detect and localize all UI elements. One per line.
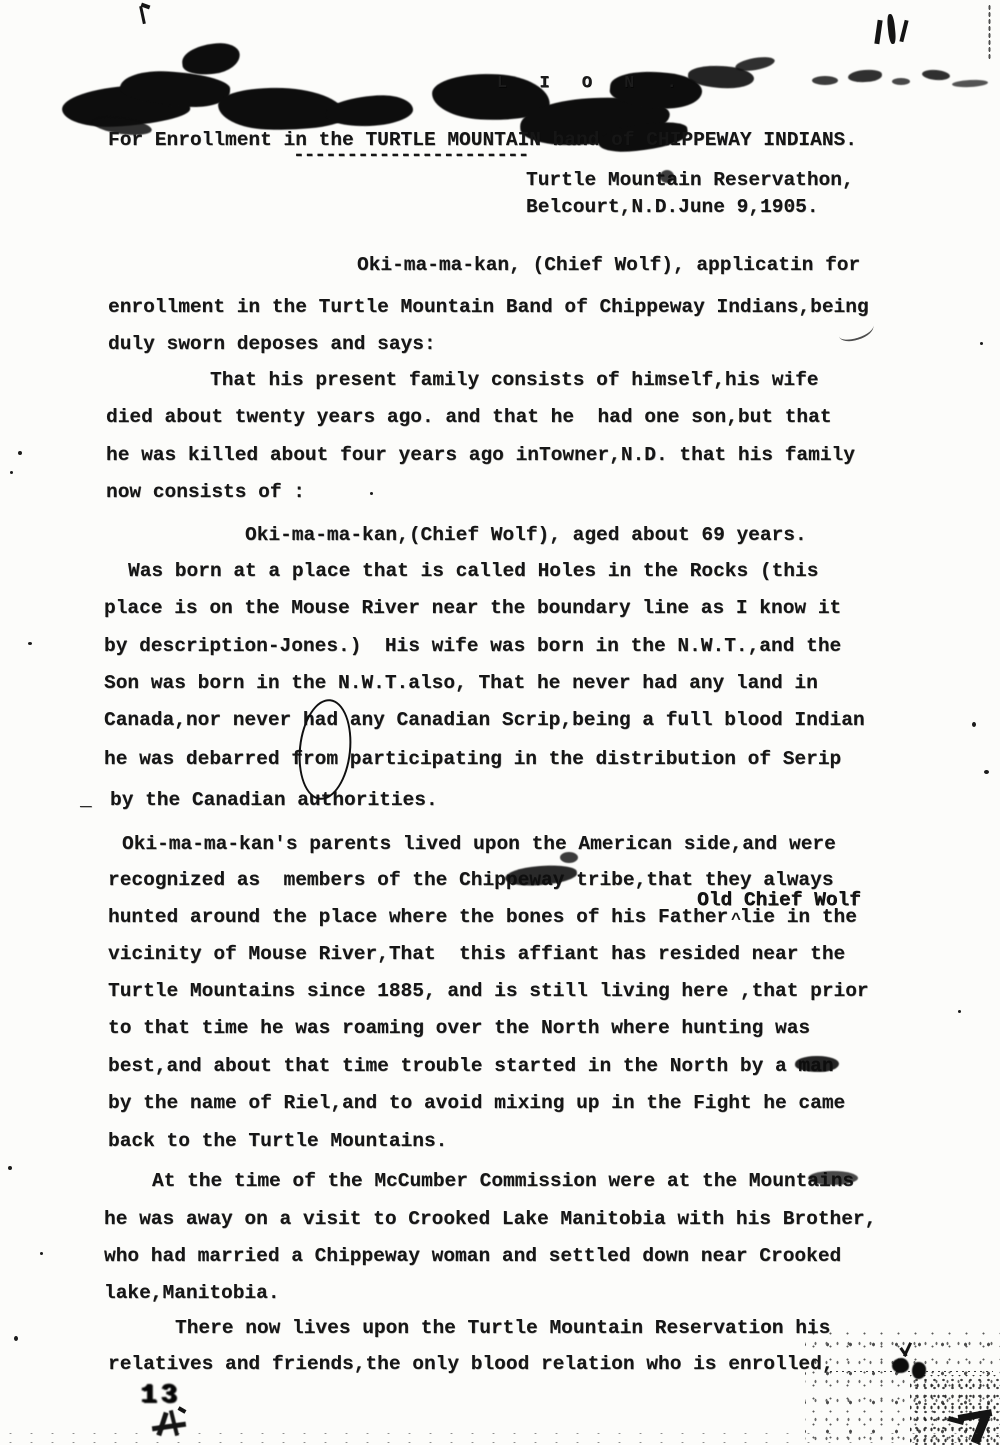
doc-line: by description-Jones.) His wife was born… [104,635,841,658]
title-fragment-text: L I O N . [497,74,688,93]
margin-underscore-mark: _ [80,789,92,812]
ink-speck [370,492,373,495]
ink-speck [10,471,13,474]
stray-ink-mark [874,20,882,44]
dateline-date: Belcourt,N.D.June 9,1905. [526,196,819,219]
page-number-mark: 13 [141,1381,181,1411]
insertion-text: Old Chief Wolf [697,889,861,911]
separator-dashes: ---------------------- [293,144,528,167]
ink-mark [848,69,883,83]
stray-ink-mark [899,20,908,42]
ink-blob [324,93,414,129]
doc-line: Canada,nor never had any Canadian Scrip,… [104,709,865,732]
scan-noise-streak [828,1370,993,1373]
ink-smudge [660,170,674,183]
ink-mark [922,69,951,81]
doc-line: There now lives upon the Turtle Mountain… [175,1317,830,1340]
ink-speck [984,770,989,774]
ink-smudge [560,852,578,863]
doc-line: best,and about that time trouble started… [108,1055,834,1078]
doc-line: That his present family consists of hims… [210,369,819,392]
ink-blot [892,1358,909,1373]
doc-line: duly sworn deposes and says: [108,333,436,356]
stray-pen-mark [139,6,146,24]
doc-line: Turtle Mountains since 1885, and is stil… [108,980,869,1003]
doc-line: Oki-ma-ma-kan,(Chief Wolf), aged about 6… [245,524,807,547]
doc-line: relatives and friends,the only blood rel… [108,1353,834,1376]
doc-line: Oki-ma-ma-kan's parents lived upon the A… [122,833,836,856]
ink-speck [18,451,22,455]
edge-dotted-streak [988,4,991,60]
ink-smudge [808,1171,858,1185]
ink-speck [28,642,32,645]
scanned-affidavit-page: L I O N . For Enrollment in the TURTLE M… [0,0,1000,1445]
doc-line: by the name of Riel,and to avoid mixing … [108,1092,845,1115]
doc-line: Was born at a place that is called Holes… [128,560,818,583]
doc-line: he was away on a visit to Crooked Lake M… [104,1208,876,1231]
ink-mark [892,78,910,85]
doc-line: place is on the Mouse River near the bou… [104,597,841,620]
ink-mark [952,79,988,88]
doc-line: to that time he was roaming over the Nor… [108,1017,810,1040]
faint-underline [128,816,578,818]
ink-speck [980,342,983,345]
doc-line: he was debarred from participating in th… [104,748,841,771]
doc-line: vicinity of Mouse River,That this affian… [108,943,845,966]
ink-mark [812,76,838,85]
ink-blob [734,55,775,74]
ink-smudge [795,1056,839,1072]
doc-line: who had married a Chippeway woman and se… [104,1245,841,1268]
ink-speck [40,1252,43,1255]
ink-blot [912,1362,926,1379]
doc-line: died about twenty years ago. and that he… [106,406,832,429]
doc-line: Son was born in the N.W.T.also, That he … [104,672,818,695]
ink-speck [8,1166,12,1170]
doc-line: Oki-ma-ma-kan, (Chief Wolf), applicatin … [357,254,860,277]
ink-speck [958,1010,961,1013]
doc-line: now consists of : [106,481,305,504]
dateline-place: Turtle Mountain Reservathon, [526,169,854,192]
ink-speck [972,722,976,727]
stray-ink-mark [886,14,896,45]
pen-swoosh-mark [836,317,876,345]
doc-line: lake,Manitobia. [104,1282,280,1305]
caret-mark: ^ [731,911,741,930]
doc-line: by the Canadian authorities. [110,789,438,812]
doc-line: back to the Turtle Mountains. [108,1130,447,1153]
doc-line: At the time of the McCumber Commission w… [152,1170,854,1193]
ink-blob [181,41,242,77]
doc-line: enrollment in the Turtle Mountain Band o… [108,296,869,319]
ink-speck [14,1336,18,1341]
scan-noise-bottom-edge [0,1429,1000,1445]
doc-line: he was killed about four years ago inTow… [106,444,855,467]
